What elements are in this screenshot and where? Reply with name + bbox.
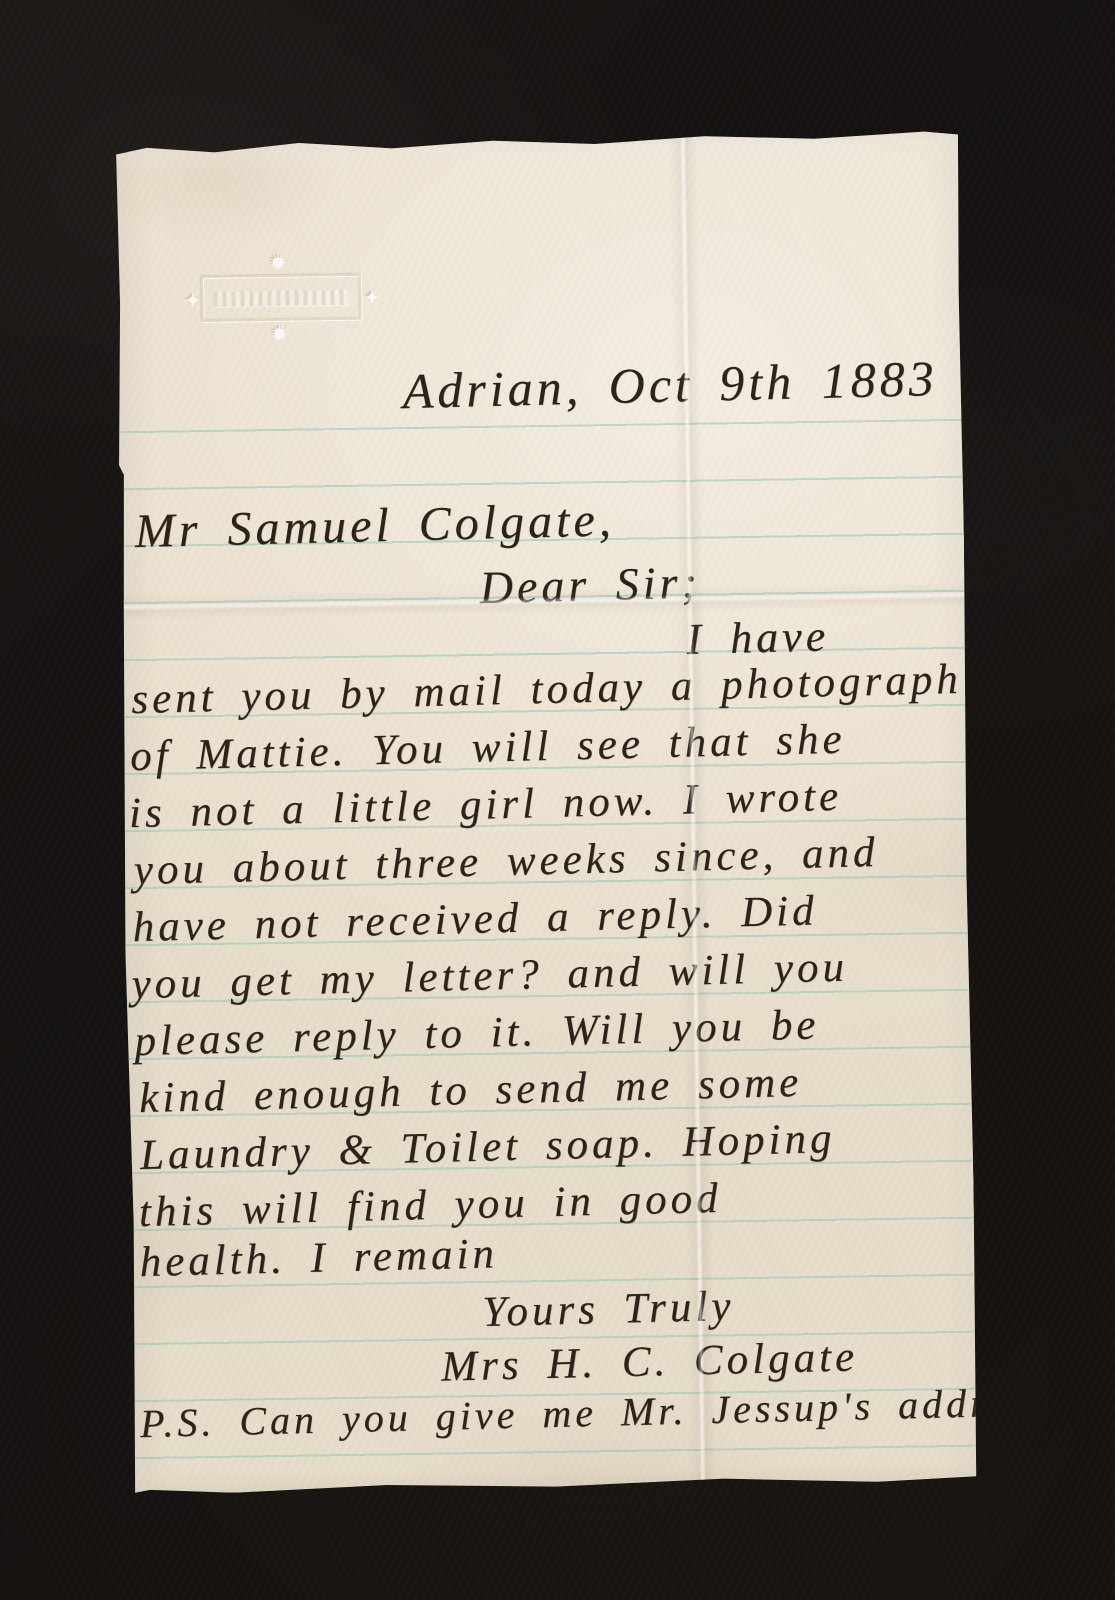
- embossed-stamp: ✹ ✹ ✦ ✦: [197, 265, 366, 331]
- flourish-star-icon: ✹: [269, 250, 286, 275]
- flourish-star-icon: ✦: [362, 284, 379, 309]
- handwriting-valediction: Yours Truly: [482, 1283, 735, 1336]
- flourish-star-icon: ✦: [183, 287, 200, 312]
- handwriting-place-date: Adrian, Oct 9th 1883: [402, 351, 938, 419]
- flourish-star-icon: ✹: [270, 321, 287, 346]
- handwriting-salutation: Dear Sir;: [479, 558, 701, 614]
- handwriting-body-line: I have: [686, 612, 830, 664]
- photo-background: ✹ ✹ ✦ ✦ Adrian, Oct 9th 1883 Mr Samuel C…: [0, 0, 1115, 1600]
- embossed-illegible-lettering: [213, 290, 349, 307]
- letter-paper: ✹ ✹ ✦ ✦ Adrian, Oct 9th 1883 Mr Samuel C…: [113, 130, 978, 1494]
- handwriting-body-line: health. I remain: [139, 1230, 498, 1286]
